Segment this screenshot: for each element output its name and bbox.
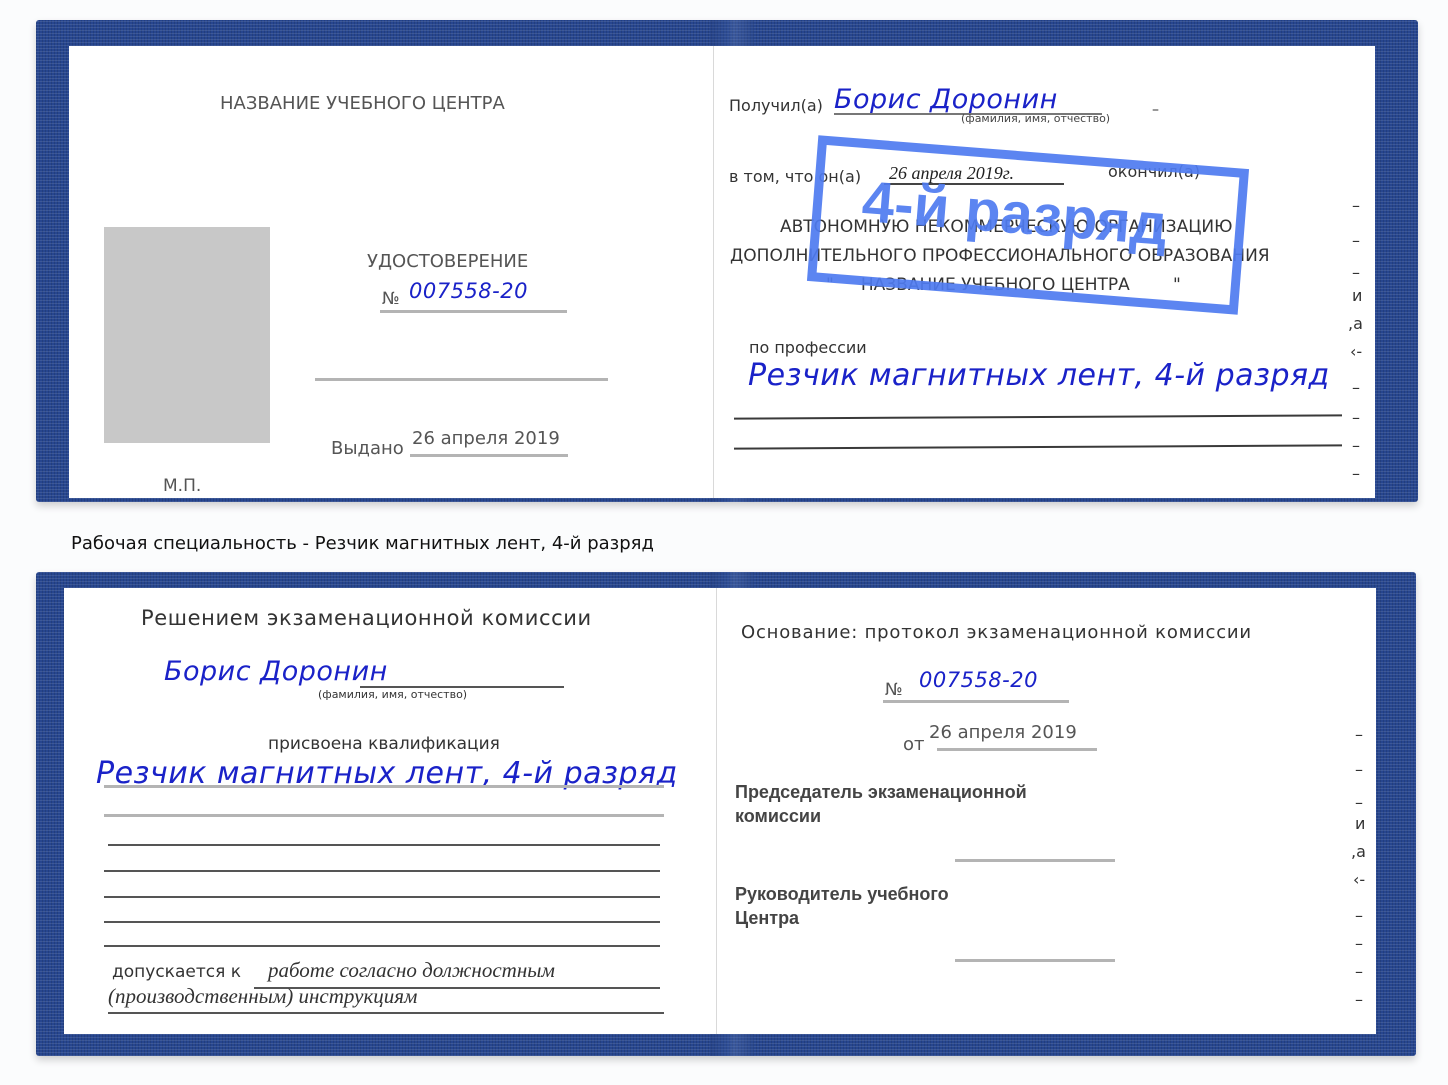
edge-mark: – <box>1355 934 1363 953</box>
chairman-label-2: комиссии <box>735 806 821 827</box>
commission-left-page: Решением экзаменационной комиссии Борис … <box>64 588 744 1034</box>
number-underline <box>380 310 567 313</box>
head-signature-line <box>955 959 1115 962</box>
edge-mark: и <box>1355 814 1365 833</box>
edge-mark: ,а <box>1351 842 1366 861</box>
stamp-text: 4-й разряд <box>860 168 1170 259</box>
blank-line <box>315 378 608 381</box>
edge-mark: – <box>1355 793 1363 812</box>
profession-line-2 <box>734 444 1342 449</box>
commission-heading: Решением экзаменационной комиссии <box>141 606 592 630</box>
edge-mark: – <box>1352 408 1360 427</box>
profession-value: Резчик магнитных лент, 4-й разряд <box>748 358 1330 393</box>
dash-mark: – <box>1152 102 1159 118</box>
protocol-date-label: от <box>903 734 925 755</box>
admitted-value-line-1: работе согласно должностным <box>268 958 555 983</box>
received-label: Получил(а) <box>729 96 823 115</box>
edge-mark: – <box>1352 464 1360 483</box>
admitted-label: допускается к <box>112 962 241 982</box>
issued-date: 26 апреля 2019 <box>412 428 560 449</box>
edge-mark: – <box>1352 196 1360 215</box>
blank-line <box>104 945 660 947</box>
admitted-value-line-2: (производственным) инструкциям <box>108 984 417 1009</box>
edge-mark: – <box>1355 725 1363 744</box>
qualification-label: присвоена квалификация <box>268 734 500 754</box>
protocol-number: 007558-20 <box>919 668 1038 692</box>
blank-line <box>104 870 660 872</box>
profession-label: по профессии <box>749 338 867 357</box>
protocol-date-underline <box>937 748 1097 751</box>
certificate-cover-bottom: Решением экзаменационной комиссии Борис … <box>36 572 1416 1056</box>
profession-line-1 <box>734 414 1342 419</box>
edge-mark: – <box>1355 962 1363 981</box>
chairman-signature-line <box>955 859 1115 862</box>
protocol-number-label: № <box>885 680 903 700</box>
edge-mark: – <box>1355 760 1363 779</box>
edge-mark: ‹- <box>1350 342 1362 361</box>
qualification-line-1 <box>104 785 664 788</box>
issued-label: Выдано <box>331 438 404 459</box>
edge-mark: – <box>1355 906 1363 925</box>
stamp-place-label: М.П. <box>163 476 201 496</box>
person-name: Борис Доронин <box>164 656 388 687</box>
edge-mark: ,а <box>1348 314 1363 333</box>
protocol-number-underline <box>883 700 1069 703</box>
edge-mark: – <box>1355 990 1363 1009</box>
edge-mark: – <box>1352 231 1360 250</box>
basis-heading: Основание: протокол экзаменационной коми… <box>741 622 1252 643</box>
certificate-number: 007558-20 <box>409 279 528 303</box>
edge-mark: – <box>1352 378 1360 397</box>
chairman-label-1: Председатель экзаменационной <box>735 782 1027 803</box>
commission-right-page: Основание: протокол экзаменационной коми… <box>716 588 1376 1034</box>
number-label: № <box>382 289 400 309</box>
head-label-2: Центра <box>735 908 799 929</box>
name-hint: (фамилия, имя, отчество) <box>318 688 467 701</box>
head-label-1: Руководитель учебного <box>735 884 949 905</box>
certificate-cover-top: НАЗВАНИЕ УЧЕБНОГО ЦЕНТРА УДОСТОВЕРЕНИЕ №… <box>36 20 1418 502</box>
photo-placeholder <box>104 227 270 443</box>
certificate-right-page: Получил(а) Борис Доронин – (фамилия, имя… <box>713 46 1375 498</box>
blank-line <box>108 844 660 846</box>
specialty-caption: Рабочая специальность - Резчик магнитных… <box>71 533 654 554</box>
edge-mark: ‹- <box>1353 870 1365 889</box>
issued-underline <box>410 454 568 457</box>
blank-line <box>104 921 660 923</box>
edge-mark: и <box>1352 286 1362 305</box>
admitted-underline-2 <box>108 1012 664 1014</box>
edge-mark: – <box>1352 436 1360 455</box>
edge-mark: – <box>1352 263 1360 282</box>
protocol-date: 26 апреля 2019 <box>929 722 1077 743</box>
org-name: НАЗВАНИЕ УЧЕБНОГО ЦЕНТРА <box>220 93 505 114</box>
blank-line <box>104 896 660 898</box>
doc-title: УДОСТОВЕРЕНИЕ <box>367 251 528 272</box>
certificate-left-page: НАЗВАНИЕ УЧЕБНОГО ЦЕНТРА УДОСТОВЕРЕНИЕ №… <box>69 46 745 498</box>
recipient-name: Борис Доронин <box>834 84 1058 115</box>
name-hint: (фамилия, имя, отчество) <box>961 112 1110 125</box>
qualification-line-2 <box>104 814 664 817</box>
